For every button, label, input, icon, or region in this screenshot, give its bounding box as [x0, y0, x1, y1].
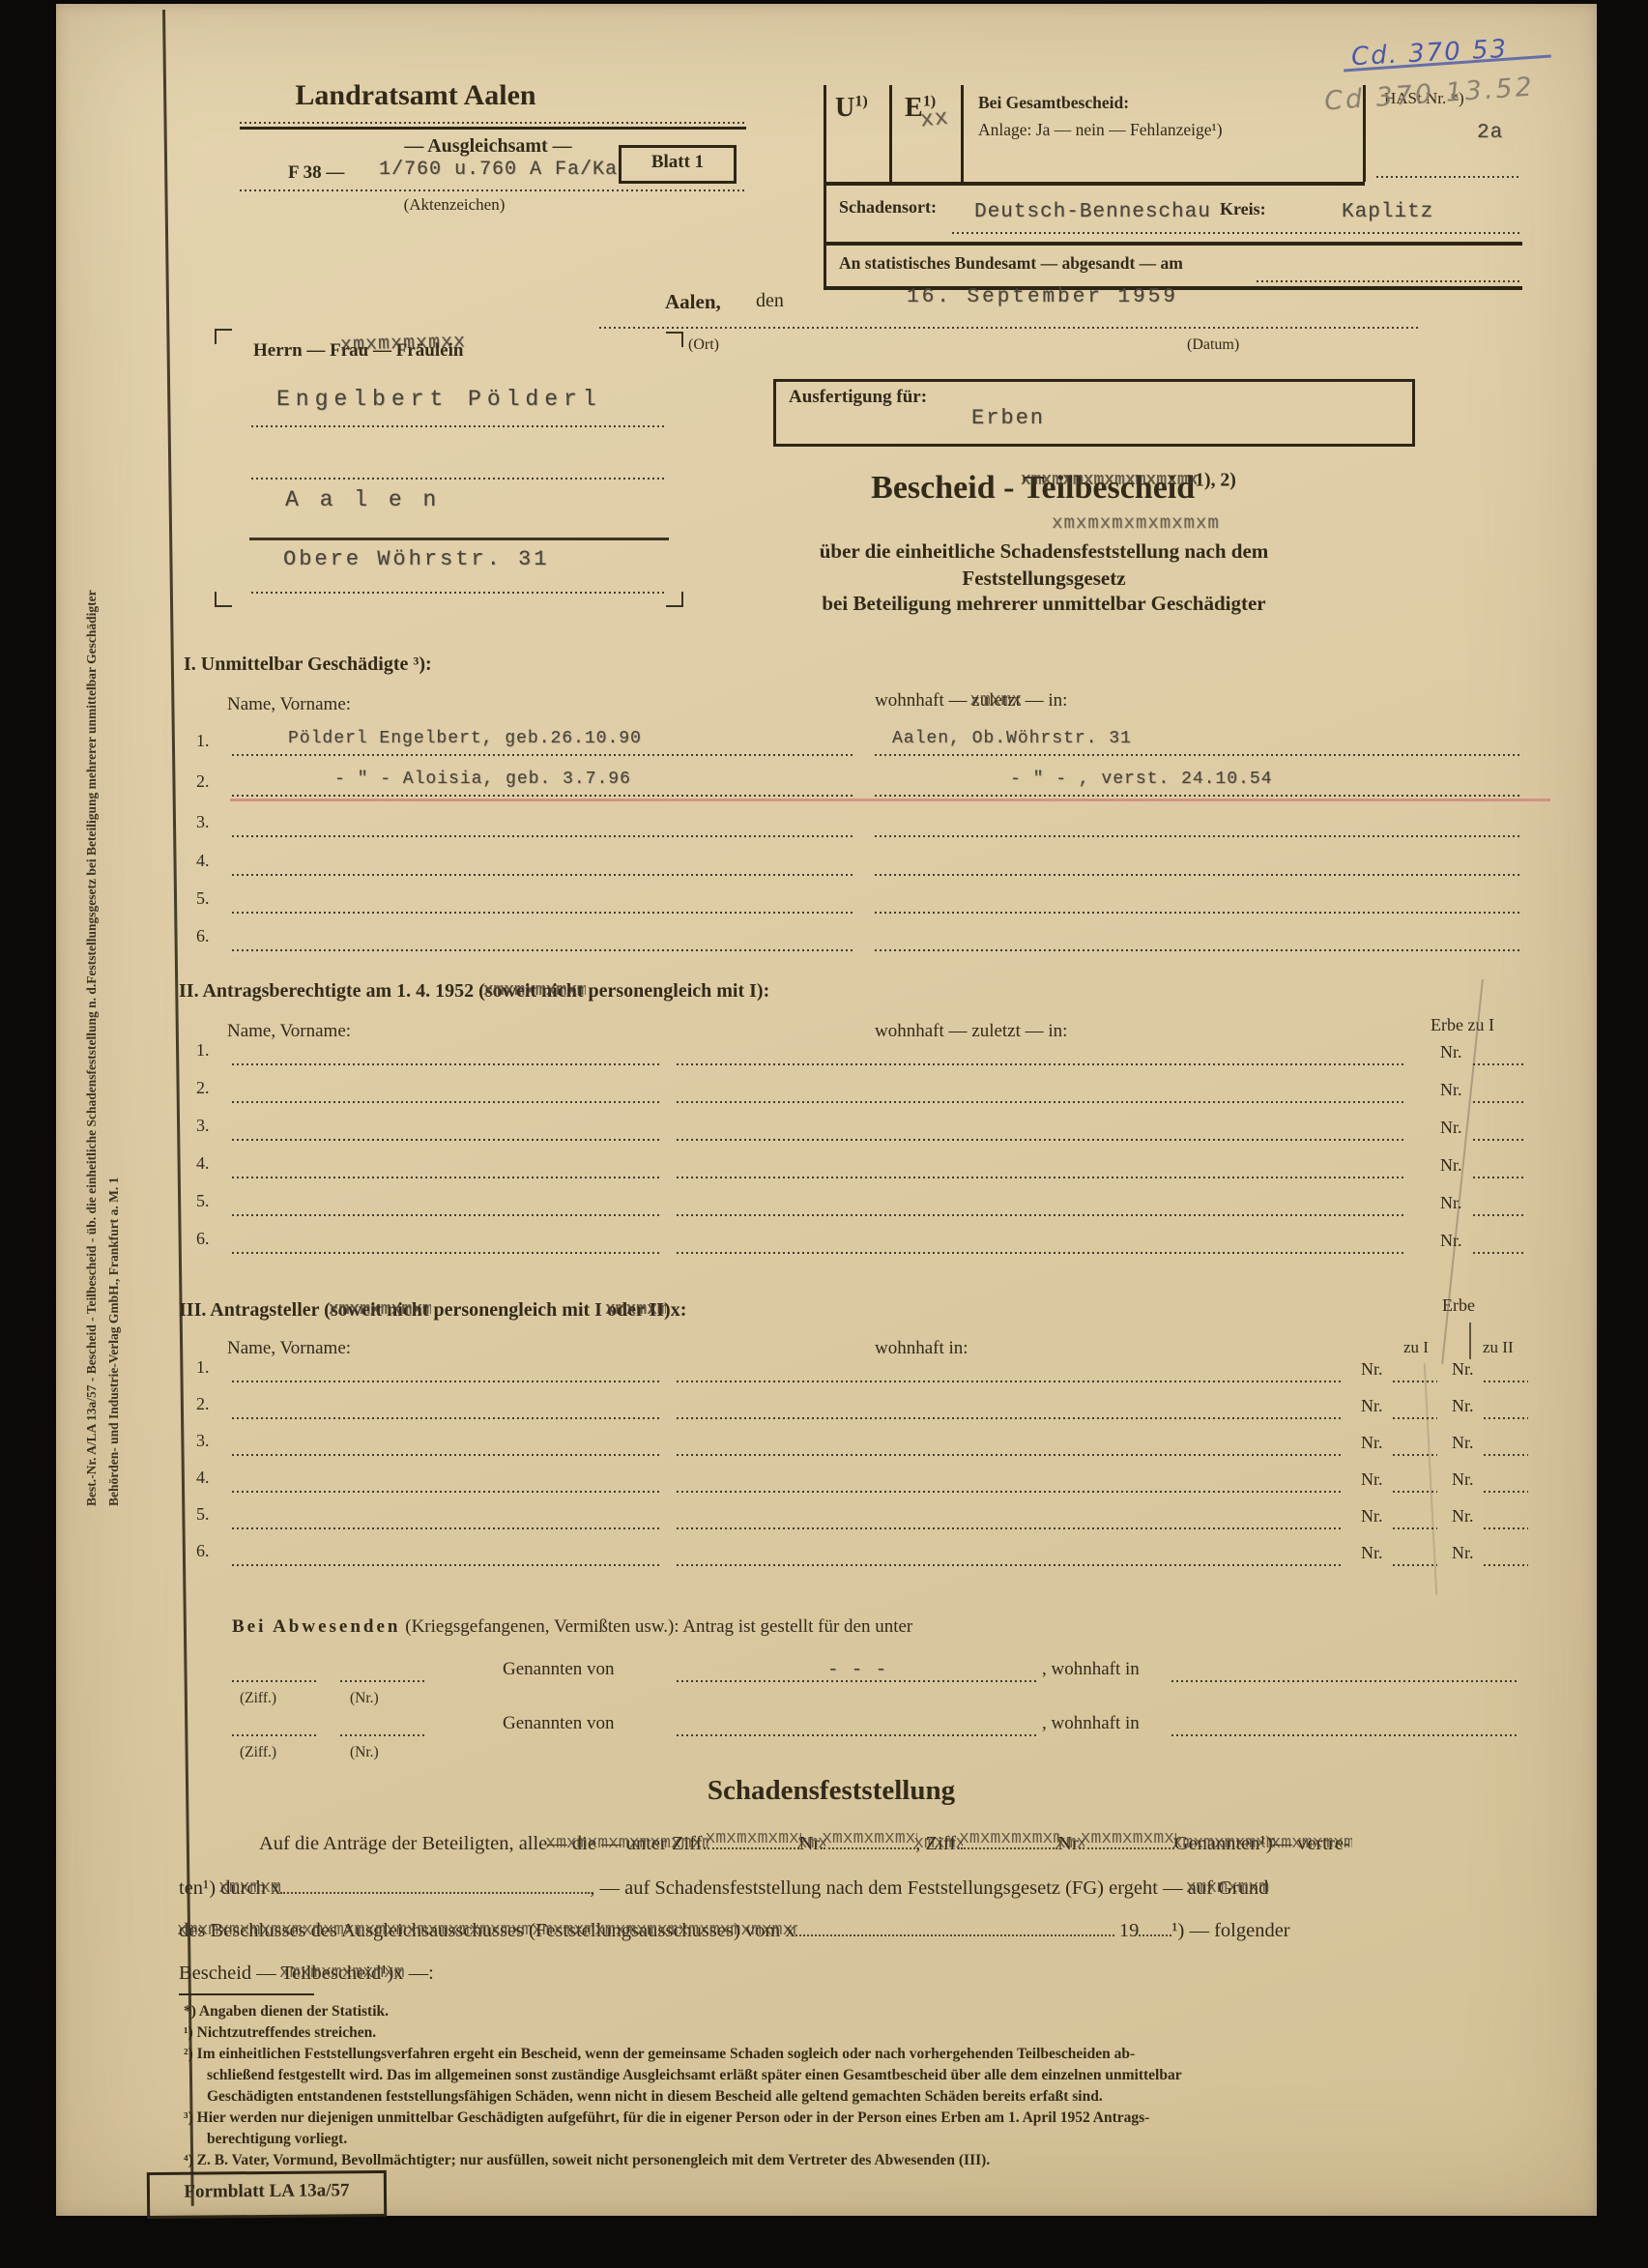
nr-zu1-label: Nr.: [1361, 1359, 1383, 1380]
residence-dotline: [875, 912, 1520, 914]
name-dotline: [232, 1252, 659, 1254]
row-number: 6.: [196, 1541, 210, 1561]
name-value: - " - Aloisia, geb. 3.7.96: [334, 770, 631, 789]
row-number: 1.: [196, 1040, 210, 1061]
name-value: Pölderl Engelbert, geb.26.10.90: [288, 729, 642, 748]
nr-label: Nr.: [1440, 1118, 1462, 1138]
residence-value: - " - , verst. 24.10.54: [1010, 770, 1272, 789]
schadensort-value: Deutsch-Benneschau: [974, 201, 1211, 223]
name-dotline: [232, 1527, 659, 1529]
nr-zu2-label: Nr.: [1452, 1469, 1474, 1490]
nr-zu1-label: Nr.: [1361, 1396, 1383, 1416]
nr-label: Nr.: [1440, 1231, 1462, 1251]
nr-zu2-dotline: [1484, 1491, 1528, 1493]
residence-dotline: [875, 949, 1520, 951]
name-dotline: [232, 754, 855, 756]
nr-zu2-label: Nr.: [1452, 1543, 1474, 1563]
residence-dotline: [875, 754, 1520, 756]
name-dotline: [232, 912, 855, 914]
nr-zu1-dotline: [1393, 1527, 1437, 1529]
residence-dotline: [677, 1454, 1342, 1456]
name-dotline: [232, 1214, 659, 1216]
row-number: 2.: [196, 1078, 210, 1098]
file-number-value: 1/760 u.760 A Fa/Ka: [379, 159, 618, 181]
nr-dotline: [1473, 1252, 1525, 1254]
row-number: 3.: [196, 1116, 210, 1136]
nr-zu2-dotline: [1484, 1454, 1528, 1456]
name-dotline: [232, 1381, 659, 1382]
residence-dotline: [677, 1527, 1342, 1529]
row-number: 5.: [196, 1504, 210, 1525]
name-dotline: [232, 835, 855, 837]
nr-dotline: [1473, 1139, 1525, 1141]
row-number: 2.: [196, 771, 210, 792]
nr-zu2-label: Nr.: [1452, 1506, 1474, 1527]
residence-dotline: [677, 1101, 1403, 1103]
row-number: 3.: [196, 812, 210, 832]
name-dotline: [232, 949, 855, 951]
residence-dotline: [677, 1381, 1342, 1382]
nr-label: Nr.: [1440, 1042, 1462, 1062]
residence-dotline: [875, 835, 1520, 837]
nr-label: Nr.: [1440, 1080, 1462, 1100]
name-dotline: [232, 795, 855, 797]
residence-dotline: [677, 1063, 1403, 1065]
nr-zu1-label: Nr.: [1361, 1469, 1383, 1490]
residence-dotline: [677, 1214, 1403, 1216]
name-dotline: [232, 1101, 659, 1103]
nr-label: Nr.: [1440, 1155, 1462, 1176]
residence-dotline: [677, 1252, 1403, 1254]
nr-zu2-dotline: [1484, 1381, 1528, 1382]
name-dotline: [232, 1139, 659, 1141]
row-number: 2.: [196, 1394, 210, 1414]
nr-dotline: [1473, 1214, 1525, 1216]
nr-dotline: [1473, 1101, 1525, 1103]
name-dotline: [232, 1063, 659, 1065]
name-dotline: [232, 1177, 659, 1178]
residence-dotline: [677, 1417, 1342, 1419]
name-dotline: [232, 1564, 659, 1566]
row-number: 6.: [196, 926, 210, 946]
scanned-document-page: Best.-Nr. A/LA 13a/57 - Bescheid - Teilb…: [0, 0, 1648, 2268]
residence-dotline: [677, 1177, 1403, 1178]
nr-zu1-dotline: [1393, 1454, 1437, 1456]
nr-zu1-label: Nr.: [1361, 1506, 1383, 1527]
row-number: 5.: [196, 1191, 210, 1211]
nr-zu1-label: Nr.: [1361, 1543, 1383, 1563]
residence-dotline: [677, 1491, 1342, 1493]
nr-zu1-dotline: [1393, 1417, 1437, 1419]
nr-dotline: [1473, 1177, 1525, 1178]
row-number: 1.: [196, 1357, 210, 1378]
row-number: 4.: [196, 1468, 210, 1488]
name-dotline: [232, 1491, 659, 1493]
nr-zu1-dotline: [1393, 1381, 1437, 1382]
row-number: 4.: [196, 1153, 210, 1174]
nr-zu2-dotline: [1484, 1564, 1528, 1566]
name-dotline: [232, 874, 855, 876]
residence-dotline: [875, 874, 1520, 876]
nr-dotline: [1473, 1063, 1525, 1065]
nr-zu2-label: Nr.: [1452, 1433, 1474, 1453]
generated-rows: 1.Pölderl Engelbert, geb.26.10.90Aalen, …: [0, 0, 1648, 2268]
row-number: 5.: [196, 888, 210, 909]
row-number: 3.: [196, 1431, 210, 1451]
residence-dotline: [677, 1139, 1403, 1141]
nr-zu1-label: Nr.: [1361, 1433, 1383, 1453]
nr-zu2-dotline: [1484, 1527, 1528, 1529]
row-number: 1.: [196, 731, 210, 751]
row-number: 6.: [196, 1229, 210, 1249]
name-dotline: [232, 1454, 659, 1456]
residence-dotline: [875, 795, 1520, 797]
nr-zu1-dotline: [1393, 1491, 1437, 1493]
nr-label: Nr.: [1440, 1193, 1462, 1213]
residence-dotline: [677, 1564, 1342, 1566]
nr-zu2-dotline: [1484, 1417, 1528, 1419]
nr-zu2-label: Nr.: [1452, 1396, 1474, 1416]
residence-value: Aalen, Ob.Wöhrstr. 31: [892, 729, 1132, 748]
nr-zu2-label: Nr.: [1452, 1359, 1474, 1380]
name-dotline: [232, 1417, 659, 1419]
nr-zu1-dotline: [1393, 1564, 1437, 1566]
row-number: 4.: [196, 851, 210, 871]
